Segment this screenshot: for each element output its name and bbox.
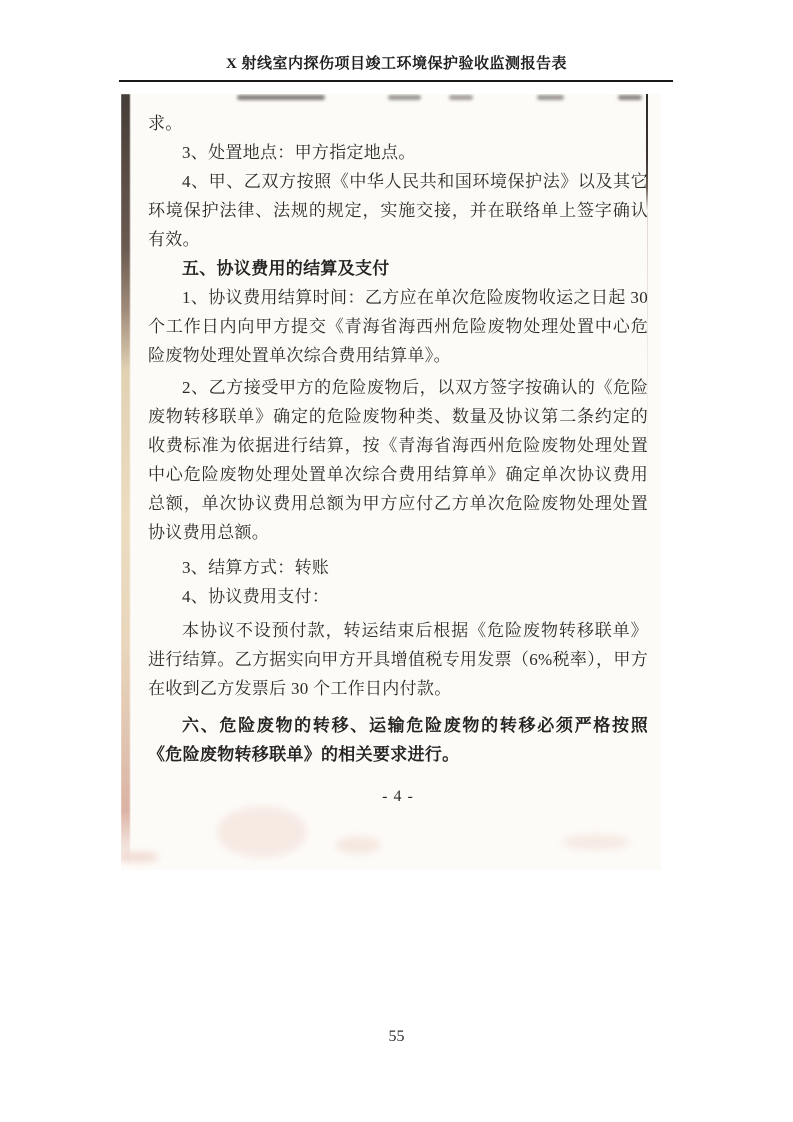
scan-blemish — [561, 834, 631, 850]
report-page: X 射线室内探伤项目竣工环境保护验收监测报告表 求。3、处置地点：甲方指定地点。… — [0, 0, 793, 1122]
scan-binding-shadow — [121, 94, 130, 864]
scan-blemish — [335, 836, 381, 854]
report-header-title: X 射线室内探伤项目竣工环境保护验收监测报告表 — [0, 52, 793, 73]
scan-top-smudge — [449, 95, 473, 100]
scanned-contract-page: 求。3、处置地点：甲方指定地点。4、甲、乙双方按照《中华人民共和国环境保护法》以… — [121, 94, 661, 870]
contract-paragraph: 3、处置地点：甲方指定地点。 — [148, 138, 648, 167]
contract-paragraph: 1、协议费用结算时间：乙方应在单次危险废物收运之日起 30 个工作日内向甲方提交… — [148, 283, 648, 370]
report-page-number: 55 — [0, 1028, 793, 1046]
contract-paragraph: 求。 — [148, 109, 648, 138]
scan-top-smudge — [237, 95, 325, 100]
scan-page-number: - 4 - — [148, 782, 648, 811]
scan-top-smudge — [388, 95, 421, 100]
contract-paragraph: 3、结算方式：转账 — [148, 553, 648, 582]
contract-paragraph: 4、甲、乙双方按照《中华人民共和国环境保护法》以及其它环境保护法律、法规的规定，… — [148, 167, 648, 254]
contract-text: 求。3、处置地点：甲方指定地点。4、甲、乙双方按照《中华人民共和国环境保护法》以… — [148, 109, 648, 811]
scan-top-smudge — [537, 95, 564, 100]
contract-paragraph: 2、乙方接受甲方的危险废物后，以双方签字按确认的《危险废物转移联单》确定的危险废… — [148, 373, 648, 547]
contract-paragraph: 4、协议费用支付： — [148, 582, 648, 611]
contract-paragraph: 六、危险废物的转移、运输危险废物的转移必须严格按照《危险废物转移联单》的相关要求… — [148, 711, 648, 769]
scan-blemish — [121, 852, 159, 862]
scan-blemish — [217, 806, 307, 858]
contract-paragraph: 五、协议费用的结算及支付 — [148, 254, 648, 283]
contract-paragraph: 本协议不设预付款，转运结束后根据《危险废物转移联单》进行结算。乙方据实向甲方开具… — [148, 616, 648, 703]
header-rule — [119, 80, 673, 82]
scan-top-smudge — [618, 95, 642, 100]
